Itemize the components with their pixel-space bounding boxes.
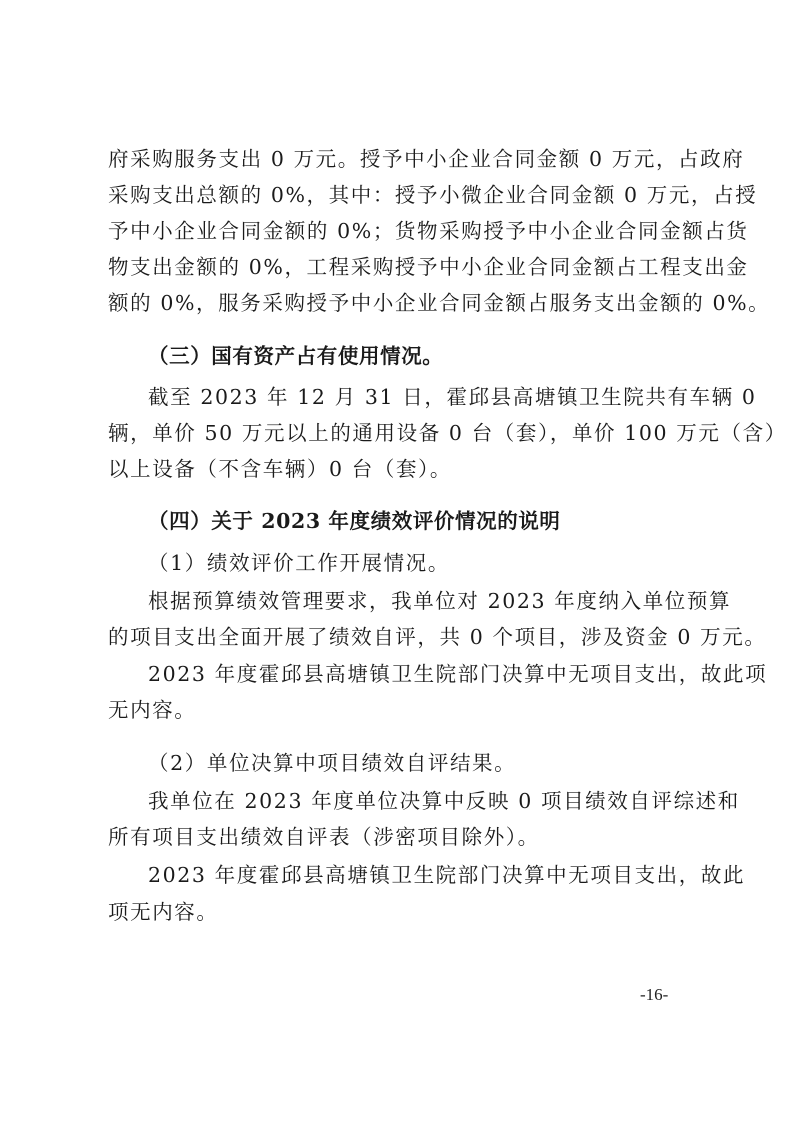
paragraph-line: 额的 0%，服务采购授予中小企业合同金额占服务支出金额的 0%。: [108, 285, 692, 321]
document-page: 府采购服务支出 0 万元。授予中小企业合同金额 0 万元，占政府采购支出总额的 …: [0, 0, 793, 1122]
paragraph-line: 截至 2023 年 12 月 31 日，霍邱县高塘镇卫生院共有车辆 0: [148, 379, 692, 415]
paragraph-line: 辆，单价 50 万元以上的通用设备 0 台（套），单价 100 万元（含）: [108, 415, 692, 451]
paragraph-line: 以上设备（不含车辆）0 台（套）。: [108, 451, 692, 487]
paragraph-line: 所有项目支出绩效自评表（涉密项目除外）。: [108, 819, 692, 855]
paragraph-line: 物支出金额的 0%，工程采购授予中小企业合同金额占工程支出金: [108, 249, 692, 285]
paragraph-line: 项无内容。: [108, 894, 692, 930]
paragraph-line: 根据预算绩效管理要求，我单位对 2023 年度纳入单位预算: [148, 583, 692, 619]
paragraph-line: 采购支出总额的 0%，其中：授予小微企业合同金额 0 万元，占授: [108, 177, 692, 213]
paragraph-line: 2023 年度霍邱县高塘镇卫生院部门决算中无项目支出，故此项: [148, 656, 692, 692]
paragraph-line: 2023 年度霍邱县高塘镇卫生院部门决算中无项目支出，故此: [148, 857, 692, 893]
paragraph-line: （1）绩效评价工作开展情况。: [148, 545, 692, 581]
paragraph-line: 的项目支出全面开展了绩效自评，共 0 个项目，涉及资金 0 万元。: [108, 619, 692, 655]
paragraph-line: （2）单位决算中项目绩效自评结果。: [148, 745, 692, 781]
page-number: -16-: [640, 985, 668, 1005]
section-heading: （三）国有资产占有使用情况。: [148, 338, 692, 374]
section-heading: （四）关于 2023 年度绩效评价情况的说明: [148, 503, 692, 539]
paragraph-line: 予中小企业合同金额的 0%；货物采购授予中小企业合同金额占货: [108, 213, 692, 249]
paragraph-line: 无内容。: [108, 692, 692, 728]
paragraph-line: 府采购服务支出 0 万元。授予中小企业合同金额 0 万元，占政府: [108, 141, 692, 177]
paragraph-line: 我单位在 2023 年度单位决算中反映 0 项目绩效自评综述和: [148, 783, 692, 819]
